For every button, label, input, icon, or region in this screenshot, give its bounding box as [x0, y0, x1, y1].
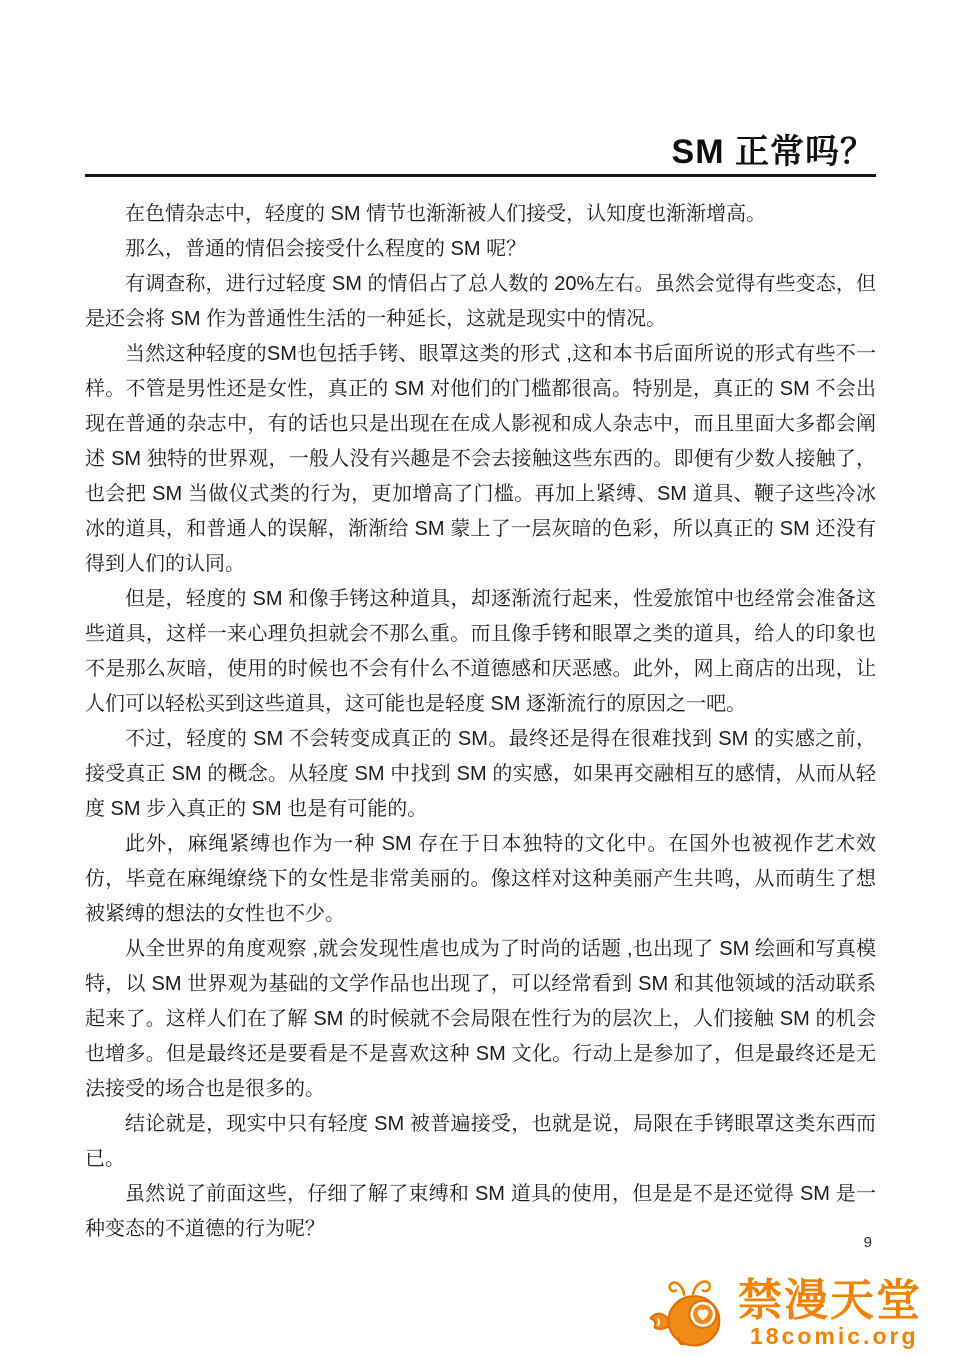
- watermark-text: 禁漫天堂 18comic.org: [738, 1279, 922, 1354]
- paragraph: 在色情杂志中，轻度的 SM 情节也渐渐被人们接受，认知度也渐渐增高。: [85, 197, 876, 232]
- paragraph: 从全世界的角度观察 ,就会发现性虐也成为了时尚的话题 ,也出现了 SM 绘画和写…: [85, 932, 876, 1107]
- paragraph: 此外，麻绳紧缚也作为一种 SM 存在于日本独特的文化中。在国外也被视作艺术效仿，…: [85, 827, 876, 932]
- paragraph: 当然这种轻度的SM也包括手铐、眼罩这类的形式 ,这和本书后面所说的形式有些不一样…: [85, 337, 876, 582]
- paragraph: 那么，普通的情侣会接受什么程度的 SM 呢？: [85, 232, 876, 267]
- watermark-site-url: 18comic.org: [750, 1325, 919, 1348]
- paragraph: 虽然说了前面这些，仔细了解了束缚和 SM 道具的使用，但是是不是还觉得 SM 是…: [85, 1177, 876, 1247]
- paragraph: 但是，轻度的 SM 和像手铐这种道具，却逐渐流行起来，性爱旅馆中也经常会准备这些…: [85, 582, 876, 722]
- watermark-site-name: 禁漫天堂: [738, 1279, 922, 1323]
- paragraph: 不过，轻度的 SM 不会转变成真正的 SM。最终还是得在很难找到 SM 的实感之…: [85, 722, 876, 827]
- document-page: SM 正常吗？ 在色情杂志中，轻度的 SM 情节也渐渐被人们接受，认知度也渐渐增…: [0, 0, 960, 1356]
- whale-mascot-icon: [648, 1268, 730, 1354]
- paragraph: 结论就是，现实中只有轻度 SM 被普遍接受，也就是说，局限在手铐眼罩这类东西而已…: [85, 1107, 876, 1177]
- watermark: 禁漫天堂 18comic.org: [648, 1268, 922, 1354]
- page-number: 9: [864, 1234, 872, 1251]
- paragraph: 有调查称，进行过轻度 SM 的情侣占了总人数的 20%左右。虽然会觉得有些变态，…: [85, 267, 876, 337]
- body-text: 在色情杂志中，轻度的 SM 情节也渐渐被人们接受，认知度也渐渐增高。那么，普通的…: [85, 197, 876, 1247]
- title-divider: [85, 174, 876, 177]
- page-title: SM 正常吗？: [672, 124, 875, 173]
